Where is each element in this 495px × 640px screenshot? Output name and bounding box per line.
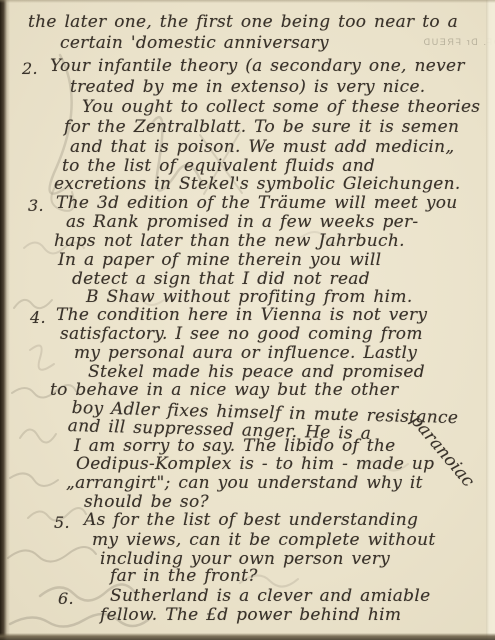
- letter-line: In a paper of mine therein you will: [58, 252, 381, 269]
- letter-line: You ought to collect some of these theor…: [82, 99, 480, 116]
- letter-line: I am sorry to say. The libido of the: [74, 438, 396, 455]
- letter-line: excretions in Stekel's symbolic Gleichun…: [54, 176, 461, 193]
- letter-line: treated by me in extenso) is very nice.: [70, 79, 426, 96]
- letter-line: for the Zentralblatt. To be sure it is s…: [64, 119, 459, 136]
- list-item-number: 4.: [30, 310, 46, 326]
- letter-line: and that is poison. We must add medicin„: [70, 139, 454, 156]
- letter-line: B Shaw without profiting from him.: [86, 289, 413, 306]
- letter-page: PROF. Dr FREUD the later one, the first …: [0, 0, 495, 640]
- letter-line: fellow. The £d power behind him: [100, 607, 401, 624]
- letter-line: my personal aura or influence. Lastly: [74, 345, 417, 362]
- letter-line: „arrangirt"; can you understand why it: [66, 475, 423, 492]
- letter-line: The 3d edition of the Träume will meet y…: [56, 195, 458, 212]
- letter-line: satisfactory. I see no good coming from: [60, 326, 423, 343]
- letter-line: detect a sign that I did not read: [72, 271, 370, 288]
- letter-line: Sutherland is a clever and amiable: [110, 588, 430, 605]
- list-item-number: 5.: [54, 515, 70, 531]
- letter-line: to behave in a nice way but the other: [50, 382, 399, 399]
- letter-line: As for the list of best understanding: [84, 512, 418, 529]
- letter-line: far in the front?: [110, 568, 258, 585]
- letter-line: Stekel made his peace and promised: [88, 364, 425, 381]
- letter-line: as Rank promised in a few weeks per-: [66, 214, 418, 231]
- list-item-number: 3.: [28, 198, 44, 214]
- bleedthrough-letterhead-text: PROF. Dr FREUD: [422, 37, 495, 47]
- letter-line: should be so?: [84, 494, 209, 511]
- scan-edge-left: [0, 0, 10, 640]
- list-item-number: 6.: [58, 591, 74, 607]
- letter-line: The condition here in Vienna is not very: [56, 307, 427, 324]
- letter-line: haps not later than the new Jahrbuch.: [54, 233, 405, 250]
- letter-line: my views, can it be complete without: [92, 532, 435, 549]
- letter-line: Your infantile theory (a secondary one, …: [50, 58, 465, 75]
- scan-edge-bottom: [0, 633, 495, 640]
- letter-line: the later one, the first one being too n…: [28, 14, 458, 31]
- letter-line: Oedipus-Komplex is - to him - made up: [76, 456, 434, 473]
- letter-line: to the list of equivalent fluids and: [62, 158, 375, 175]
- scan-edge-top: [0, 0, 495, 3]
- list-item-number: 2.: [22, 61, 38, 77]
- paper-edge-right: [486, 0, 495, 640]
- letter-line: certain 'domestic anniversary: [60, 35, 329, 52]
